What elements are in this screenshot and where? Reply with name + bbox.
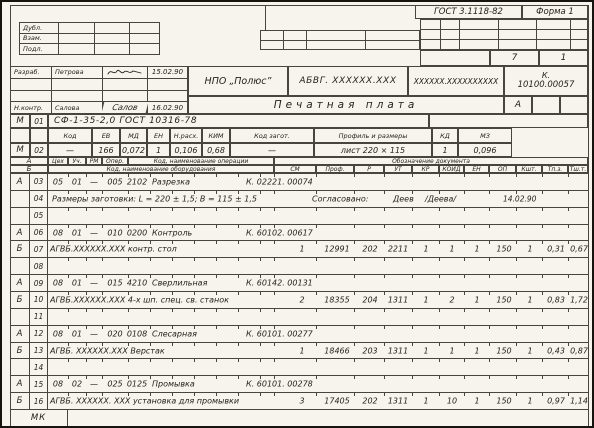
blank-dimensions-note: Размеры заготовки: L = 220 ± 1,5; В = 11… [52,194,257,203]
grid-cell [95,44,129,54]
doc-code-secondary: ХХХХХХ.ХХХХХХХХХХ [408,66,504,96]
row-letter: А [10,275,30,291]
cell-koid: 1 [438,245,466,254]
row-letter: Б [10,292,30,308]
cell-r: 202 [356,397,384,406]
hdr-en2: ЕН [464,165,489,173]
grid-cell [532,96,560,114]
hdr-ksht: Кшт. [516,165,542,173]
cell-en: 1 [463,295,491,304]
grid-cell [307,31,365,40]
row-number: 03 [30,174,48,190]
val-kod: — [48,143,92,157]
cell-rm: — [86,380,102,389]
cell-en: 1 [463,245,491,254]
empty-row-05: 05 [10,207,588,224]
grid-cell [130,23,159,33]
row-number: 16 [30,393,48,409]
row-letter: Б [10,343,30,359]
razrab-date: 15.02.90 [148,67,187,78]
grid-cell [284,31,306,40]
val-kd: 1 [432,143,458,157]
operation-name: Разрезка [152,177,190,186]
grid-cell [560,96,588,114]
column-ticks [10,208,588,224]
cell-sm: 2 [288,295,316,304]
middle-stamp-grid [260,30,420,50]
cell-sm: 1 [288,346,316,355]
b-header-row: Б Код, наименование оборудования СМ Проф… [10,165,588,173]
cell-ut: 1311 [384,295,412,304]
grid-cell [52,79,102,90]
row-number: 07 [30,241,48,257]
hdr-sm: СМ [274,165,316,173]
empty-row-11: 11 [10,308,588,325]
cell-tpz: 0,31 [542,245,570,254]
equipment-name: АГВБ.ХХХХХХ.ХХХ 4-х шп. спец. св. станок [50,295,229,304]
grid-cell [10,128,30,143]
cell-kr: 1 [412,397,440,406]
stamp-label-vzam: Взам. [20,34,58,44]
litera-cell: А [504,96,532,114]
cell-rm: — [86,279,102,288]
material-designation: СФ-1-35-2,0 ГОСТ 10316-78 [48,114,429,128]
cell-ksht: 1 [516,346,544,355]
row-letter [10,208,30,224]
hdr-tsht: Тш.т. [568,165,588,173]
row-letter: А [10,326,30,342]
grid-cell [441,30,459,39]
cell-kr: 1 [412,245,440,254]
top-right-stamp-grid [420,19,588,50]
grid-cell [11,79,51,90]
hdr-op-name: Код, наименование операции [128,157,274,165]
operation-name: Контроль [152,228,192,237]
grid-cell [441,40,459,49]
cell-rm: — [86,228,102,237]
hdr-uch: Уч. [68,157,86,165]
grid-cell [148,91,187,102]
document-designation: К. 60142. 00131 [246,279,313,288]
cell-tsht: 1,14 [567,397,591,406]
grid-cell [571,20,587,29]
hdr-profil: Профиль и размеры [314,128,432,143]
operation-row-a06: А 06 08 01 — 010 0200 Контроль К. 60102.… [10,224,588,241]
top-center-line [265,5,266,30]
hdr-koid: КОИД [439,165,464,173]
grid-cell [261,31,283,40]
grid-cell [130,34,159,44]
document-designation: К. 60101. 00278 [246,380,313,389]
nkontr-date: 16.02.90 [148,102,187,113]
grid-cell [95,34,129,44]
operation-row-a09: А 09 08 01 — 015 4210 Сверлильная К. 601… [10,274,588,291]
val-kod-zagot: — [230,143,314,157]
doc-code-k: К. 10100.00057 [504,66,588,96]
hdr-kod: Код [48,128,92,143]
razrab-signature [103,67,147,78]
grid-cell [307,41,365,50]
gost-standard-label: ГОСТ 3.1118-82 [415,5,522,19]
b-row-letter: Б [10,165,48,173]
grid-cell [421,20,440,29]
grid-cell [130,44,159,54]
row-letter [10,359,30,375]
row-letter: А [10,174,30,190]
operation-row-a15: А 15 08 02 — 025 0125 Промывка К. 60101.… [10,375,588,392]
grid-cell [429,114,588,128]
cell-tsht: 0,67 [567,245,591,254]
cell-op: 150 [490,346,518,355]
mk-label: МК [10,410,68,426]
grid-cell [499,20,536,29]
row-number: 14 [30,359,48,375]
grid-cell [537,40,570,49]
grid-cell [11,91,51,102]
cell-tsht: 1,72 [567,295,591,304]
nkontr-signature: Салов [102,102,149,113]
hdr-en: ЕН [147,128,170,143]
cell-uch: 02 [68,380,86,389]
row-letter [10,309,30,325]
equipment-row-b13: Б 13 АГВБ. ХХХХХХ.ХХХ Верстак 1 18466 20… [10,342,588,359]
mk-footer-row: МК [10,409,588,426]
grid-cell [30,128,48,143]
hdr-mz: МЗ [458,128,512,143]
duplicate-stamp-block: Дубл. Взам. Подл. [19,22,160,55]
val-nrash: 0,106 [170,143,202,157]
row-letter: Б [10,241,30,257]
signature-block: Разраб. Петрова 15.02.90 Н.контр. Салова… [10,66,188,114]
grid-cell [148,79,187,90]
cell-ksht: 1 [516,295,544,304]
column-ticks [10,258,588,274]
cell-uch: 01 [68,177,86,186]
cell-ceh: 05 [48,177,68,186]
row-letter [10,191,30,207]
hdr-md: МД [120,128,147,143]
cell-tpz: 0,83 [542,295,570,304]
cell-ut: 1311 [384,397,412,406]
row-number: 01 [30,114,48,128]
row-letter [10,258,30,274]
row-number: 04 [30,191,48,207]
cell-op: 150 [490,397,518,406]
cell-uch: 01 [68,329,86,338]
grid-cell [366,31,419,40]
grid-cell [103,91,147,102]
agreed-signature: Деев [393,194,414,203]
row-number: 09 [30,275,48,291]
cell-r: 203 [356,346,384,355]
hdr-kim: КИМ [202,128,230,143]
hdr-kod-zagot: Код загот. [230,128,314,143]
sheet-number-cell: 1 [539,50,588,66]
cell-rm: — [86,329,102,338]
stamp-label-podl: Подл. [20,44,58,54]
sheets-total-cell: 7 [490,50,539,66]
signature-scribble-icon [107,67,143,77]
operation-name: Слесарная [152,329,197,338]
row-letter: А [10,225,30,241]
hdr-oper: Опер. [102,157,128,165]
cell-op-code: 0200 [122,228,152,237]
hdr-op: ОП [489,165,516,173]
cell-op-code: 0108 [122,329,152,338]
grid-cell [571,30,587,39]
row-letter: Б [10,393,30,409]
equipment-row-b16: Б 16 АГВБ. ХХХХХХ. ХХХ установка для про… [10,392,588,409]
hdr-prof: Проф. [316,165,354,173]
doc-code-k-number: 10100.00057 [518,81,575,90]
cell-ksht: 1 [516,245,544,254]
operation-name: Промывка [152,380,195,389]
band-empty-cell [420,50,490,66]
hdr-kr: КР [412,165,439,173]
cell-uch: 01 [68,228,86,237]
grid-cell [421,30,440,39]
material-header-row: Код ЕВ МД ЕН Н.расх. КИМ Код загот. Проф… [10,128,588,143]
material-row-m01: М 01 СФ-1-35-2,0 ГОСТ 10316-78 [10,114,588,128]
stamp-label-dubl: Дубл. [20,23,58,33]
cell-ut: 2211 [384,245,412,254]
hdr-kd: КД [432,128,458,143]
empty-row-14: 14 [10,358,588,375]
cell-kr: 1 [412,346,440,355]
cell-op-code: 2102 [122,177,152,186]
cell-en: 1 [463,346,491,355]
val-ev: 166 [92,143,120,157]
cell-sm: 3 [288,397,316,406]
note-row-04: 04 Размеры заготовки: L = 220 ± 1,5; В =… [10,190,588,207]
grid-cell [460,20,498,29]
grid-cell [571,40,587,49]
grid-cell [441,20,459,29]
cell-koid: 1 [438,346,466,355]
a-header-row: А Цех Уч. РМ Опер. Код, наименование опе… [10,157,588,165]
operation-row-a03: А 03 05 01 — 005 2102 Разрезка К. 02221.… [10,173,588,190]
doc-code-primary: АБВГ. ХХХХХХ.ХХХ [288,66,408,96]
nkontr-name: Салова [52,102,102,113]
hdr-rm: РМ [86,157,102,165]
cell-ceh: 08 [48,279,68,288]
row-number: 05 [30,208,48,224]
row-number: 11 [30,309,48,325]
val-profil: лист 220 × 115 [314,143,432,157]
cell-r: 204 [356,295,384,304]
row-letter: М [10,143,30,157]
operation-row-a12: А 12 08 01 — 020 0108 Слесарная К. 60101… [10,325,588,342]
a-row-letter: А [10,157,48,165]
cell-tpz: 0,97 [542,397,570,406]
grid-cell [103,79,147,90]
operations-table: А 03 05 01 — 005 2102 Разрезка К. 02221.… [10,173,588,426]
hdr-equip-name: Код, наименование оборудования [48,165,274,173]
cell-op-code: 4210 [122,279,152,288]
nkontr-label: Н.контр. [11,102,51,113]
forma-label: Форма 1 [522,5,588,19]
val-mz: 0,096 [458,143,512,157]
document-designation: К. 60102. 00617 [246,228,313,237]
grid-cell [460,30,498,39]
cell-ksht: 1 [516,397,544,406]
grid-cell [284,41,306,50]
razrab-label: Разраб. [11,67,51,78]
cell-prof: 18466 [323,346,351,355]
razrab-name: Петрова [52,67,102,78]
val-en: 1 [147,143,170,157]
hdr-r: Р [354,165,384,173]
cell-ceh: 08 [48,380,68,389]
route-card-sheet: ГОСТ 3.1118-82 Форма 1 7 1 Дубл. Взам. П… [0,0,594,428]
equipment-row-b10: Б 10 АГВБ.ХХХХХХ.ХХХ 4-х шп. спец. св. с… [10,291,588,308]
empty-row-08: 08 [10,257,588,274]
cell-r: 202 [356,245,384,254]
hdr-ceh: Цех [48,157,68,165]
cell-kr: 1 [412,295,440,304]
grid-cell [499,30,536,39]
grid-cell [59,34,94,44]
hdr-tpz: Тп.з. [542,165,568,173]
grid-cell [537,20,570,29]
cell-prof: 17405 [323,397,351,406]
cell-op-code: 0125 [122,380,152,389]
column-ticks [10,359,588,375]
hdr-doc: Обозначение документа [274,157,588,165]
agreed-name: /Деева/ [425,194,456,203]
cell-uch: 01 [68,279,86,288]
grid-cell [52,91,102,102]
cell-rm: — [86,177,102,186]
cell-koid: 2 [438,295,466,304]
equipment-name: АГВБ. ХХХХХХ.ХХХ Верстак [50,346,165,355]
row-number: 10 [30,292,48,308]
grid-cell [537,30,570,39]
row-number: 02 [30,143,48,157]
operation-name: Сверлильная [152,279,207,288]
row-number: 15 [30,376,48,392]
cell-ceh: 08 [48,329,68,338]
organization-name: НПО „Полюс” [188,66,288,96]
column-ticks [10,309,588,325]
hdr-ev: ЕВ [92,128,120,143]
cell-op: 150 [490,295,518,304]
grid-cell [460,40,498,49]
row-letter: А [10,376,30,392]
grid-cell [59,44,94,54]
row-number: 13 [30,343,48,359]
hdr-nrash: Н.расх. [170,128,202,143]
grid-cell [366,41,419,50]
grid-cell [261,41,283,50]
grid-cell [95,23,129,33]
cell-sm: 1 [288,245,316,254]
material-row-m02: М 02 — 166 0,072 1 0,106 0,68 — лист 220… [10,143,588,157]
cell-op: 150 [490,245,518,254]
cell-tsht: 0,87 [567,346,591,355]
cell-ut: 1311 [384,346,412,355]
grid-cell [59,23,94,33]
agreed-label: Согласовано: [312,194,368,203]
cell-tpz: 0,43 [542,346,570,355]
equipment-name: АГВБ. ХХХХХХ. ХХХ установка для промывки [50,397,239,406]
hdr-ut: УТ [384,165,412,173]
agreed-date: 14.02.90 [503,194,536,203]
row-number: 08 [30,258,48,274]
row-number: 06 [30,225,48,241]
cell-prof: 12991 [323,245,351,254]
grid-cell [421,40,440,49]
equipment-name: АГВБ.ХХХХХХ.ХХХ контр. стол [50,245,177,254]
document-designation: К. 02221. 00074 [246,177,313,186]
cell-ceh: 08 [48,228,68,237]
row-letter: М [10,114,30,128]
document-designation: К. 60101. 00277 [246,329,313,338]
val-md: 0,072 [120,143,147,157]
cell-en: 1 [463,397,491,406]
row-number: 12 [30,326,48,342]
equipment-row-b07: Б 07 АГВБ.ХХХХХХ.ХХХ контр. стол 1 12991… [10,240,588,257]
val-kim: 0,68 [202,143,230,157]
part-name: Печатная плата [188,96,504,114]
grid-cell [499,40,536,49]
cell-prof: 18355 [323,295,351,304]
cell-koid: 10 [438,397,466,406]
